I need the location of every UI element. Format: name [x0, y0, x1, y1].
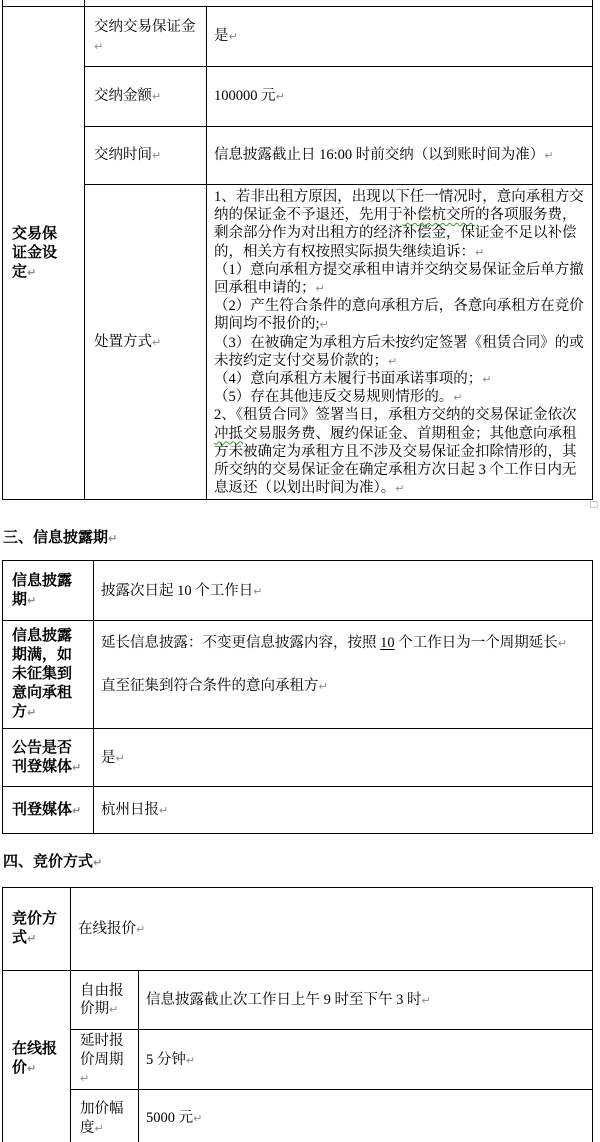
- value-cell-free-quote-period: 信息披露截止次工作日上午 9 时至下午 3 时↵¤: [139, 971, 593, 1030]
- label-cell-free-quote-period: 自由报 价期↵: [71, 971, 139, 1030]
- disclosure-period-table: 信息披露 期↵ 披露次日起 10 个工作日↵¤ 信息披露 期满，如 未征集到 意…: [2, 560, 593, 834]
- label-cell-pay-amount: 交纳金额↵: [85, 67, 207, 127]
- pilcrow-icon: ↵: [388, 355, 397, 368]
- label-text: 交纳金额: [94, 88, 152, 104]
- pilcrow-icon: ↵: [27, 594, 36, 607]
- disposal-paragraph: （3）在被确定为承租方后未按约定签署《租赁合同》的或未按约定支付交易价款的；↵: [214, 334, 585, 370]
- text-segment: 个工作日为一个周期延长: [395, 635, 558, 651]
- row-header-text: 刊登媒体: [12, 802, 72, 818]
- value-text: 5 分钟: [146, 1052, 186, 1068]
- row-header-bidding-method: 竞价方 式↵: [3, 888, 71, 971]
- section-heading-disclosure-period: 三、信息披露期↵: [3, 528, 600, 548]
- disposal-paragraph: （2）产生符合条件的意向承租方后，各意向承租方在竞价期间均不报价的;↵: [214, 297, 585, 333]
- pilcrow-icon: ↵: [27, 932, 36, 945]
- value-text: 5000 元: [146, 1110, 193, 1126]
- row-header-media-published: 公告是否 刊登媒体↵: [3, 729, 94, 787]
- label-text: 延时报 价周期: [80, 1033, 124, 1067]
- pilcrow-icon: ↵: [316, 282, 325, 295]
- row-header-text: 信息披露 期满，如 未征集到 意向承租 方: [12, 628, 72, 720]
- pilcrow-icon: ↵: [152, 149, 161, 162]
- label-cell-disposal-method: 处置方式↵: [85, 185, 207, 500]
- pilcrow-icon: ↵: [152, 336, 161, 349]
- pilcrow-icon: ↵: [136, 923, 145, 936]
- table-row: 信息披露 期满，如 未征集到 意向承租 方↵ 延长信息披露：不变更信息披露内容，…: [3, 621, 593, 729]
- section-heading-bidding-method: 四、竞价方式↵: [3, 852, 600, 872]
- pilcrow-icon: ↵: [27, 266, 36, 279]
- label-text: 交纳时间: [94, 147, 152, 163]
- value-cell-increment: 5000 元↵¤: [139, 1090, 593, 1142]
- text-segment: （5）存在其他违反交易规则情形的。: [214, 389, 453, 405]
- pilcrow-icon: ↵: [186, 1054, 195, 1067]
- disposal-paragraph: 2、《租赁合同》签署当日，承租方交纳的交易保证金依次冲抵交易服务费、履约保证金、…: [214, 406, 585, 497]
- label-cell-pay-deposit: 交纳交易保证金↵: [85, 7, 207, 67]
- value-cell-pay-time: 信息披露截止日 16:00 时前交纳（以到账时间为准）↵¤: [207, 127, 593, 185]
- value-cell-disposal-method: 1、若非出租方原因，出现以下任一情况时，意向承租方交纳的保证金不予退还，先用于补…: [207, 185, 593, 500]
- pilcrow-icon: ↵: [116, 752, 125, 765]
- pilcrow-icon: ↵: [152, 90, 161, 103]
- pilcrow-icon: ↵: [27, 706, 36, 719]
- text-segment: 直至征集到符合条件的意向承租方: [101, 678, 319, 694]
- pilcrow-icon: ↵: [276, 90, 285, 103]
- pilcrow-icon: ↵: [80, 1072, 89, 1085]
- table-row: 刊登媒体↵ 杭州日报↵¤: [3, 787, 593, 834]
- paragraph-mark-square: □: [589, 501, 598, 510]
- text-segment: 延长信息披露：不变更信息披露内容，按照: [101, 635, 380, 651]
- text-segment: 10: [380, 635, 395, 651]
- label-cell-overtime-cycle: 延时报 价周期↵: [71, 1030, 139, 1090]
- text-segment: （2）产生符合条件的意向承租方后，各意向承租方在竞价期间均不报价的;: [214, 298, 584, 332]
- text-segment: （3）在被确定为承租方后未按约定签署《租赁合同》的或未按约定支付交易价款的；: [214, 335, 584, 369]
- extension-paragraph: 延长信息披露：不变更信息披露内容，按照 10 个工作日为一个周期延长↵: [101, 634, 585, 652]
- pilcrow-icon: ↵: [482, 373, 491, 386]
- row-header-deposit-setting: 交易保 证金设 定↵: [3, 7, 85, 500]
- pilcrow-icon: ↵: [94, 40, 103, 53]
- text-segment: 补偿杭交所: [403, 207, 476, 223]
- label-text: 交纳交易保证金: [94, 19, 196, 35]
- value-text: 在线报价: [78, 921, 136, 937]
- pilcrow-icon: ↵: [93, 856, 102, 869]
- disposal-paragraph: （4）意向承租方未履行书面承诺事项的；↵: [214, 370, 585, 388]
- row-header-media-name: 刊登媒体↵: [3, 787, 94, 834]
- pilcrow-icon: ↵: [253, 585, 262, 598]
- pilcrow-icon: ↵: [27, 1062, 36, 1075]
- value-cell-disclosure-period: 披露次日起 10 个工作日↵¤: [94, 561, 593, 621]
- table-row: 在线报 价↵ 自由报 价期↵ 信息披露截止次工作日上午 9 时至下午 3 时↵¤: [3, 971, 593, 1030]
- row-header-text: 公告是否 刊登媒体: [12, 740, 72, 775]
- value-cell-bidding-method: 在线报价↵¤: [71, 888, 593, 971]
- table-row: 竞价方 式↵ 在线报价↵¤: [3, 888, 593, 971]
- row-header-disclosure-period: 信息披露 期↵: [3, 561, 94, 621]
- pilcrow-icon: ↵: [544, 149, 553, 162]
- section-title-text: 四、竞价方式: [3, 854, 93, 870]
- pilcrow-icon: ↵: [109, 1003, 118, 1016]
- text-segment: （4）意向承租方未履行书面承诺事项的；: [214, 371, 482, 387]
- pilcrow-icon: ↵: [453, 391, 462, 404]
- value-cell-overtime-cycle: 5 分钟↵¤: [139, 1030, 593, 1090]
- disposal-paragraph: 1、若非出租方原因，出现以下任一情况时，意向承租方交纳的保证金不予退还，先用于补…: [214, 188, 585, 261]
- pilcrow-icon: ↵: [229, 30, 238, 43]
- value-cell-extension: 延长信息披露：不变更信息披露内容，按照 10 个工作日为一个周期延长↵ 直至征集…: [94, 621, 593, 729]
- table-row: 处置方式↵ 1、若非出租方原因，出现以下任一情况时，意向承租方交纳的保证金不予退…: [3, 185, 593, 500]
- value-text: 是: [214, 28, 229, 44]
- text-segment: 2、《租赁合同》签署当日，承租方交纳的交易保证金依次: [214, 407, 577, 423]
- disposal-paragraph: （5）存在其他违反交易规则情形的。↵: [214, 388, 585, 406]
- text-segment: （1）意向承租方提交承租申请并交纳交易保证金后单方撤回承租申请的；: [214, 262, 584, 296]
- value-text: 披露次日起 10 个工作日: [101, 583, 253, 599]
- value-cell-media-published: 是↵¤: [94, 729, 593, 787]
- disposal-paragraph: （1）意向承租方提交承租申请并交纳交易保证金后单方撤回承租申请的；↵: [214, 261, 585, 297]
- text-segment: 冲抵: [214, 426, 243, 442]
- bidding-method-table: 竞价方 式↵ 在线报价↵¤ 在线报 价↵ 自由报 价期↵ 信息披露截止次工作日上…: [2, 887, 593, 1142]
- pilcrow-icon: ↵: [558, 637, 567, 650]
- label-cell-pay-time: 交纳时间↵: [85, 127, 207, 185]
- table-row: 加价幅 度↵ 5000 元↵¤: [3, 1090, 593, 1142]
- value-text: 信息披露截止次工作日上午 9 时至下午 3 时: [146, 992, 422, 1008]
- row-header-extension: 信息披露 期满，如 未征集到 意向承租 方↵: [3, 621, 94, 729]
- table-row: 公告是否 刊登媒体↵ 是↵¤: [3, 729, 593, 787]
- label-cell-increment: 加价幅 度↵: [71, 1090, 139, 1142]
- word-document-page: { "marks": { "pilcrow": "↵", "row_end": …: [0, 0, 600, 1142]
- value-text: 是: [101, 750, 116, 766]
- pilcrow-icon: ↵: [159, 804, 168, 817]
- section-title-text: 三、信息披露期: [3, 530, 108, 546]
- value-cell-media-name: 杭州日报↵¤: [94, 787, 593, 834]
- pilcrow-icon: ↵: [320, 318, 329, 331]
- pilcrow-icon: ↵: [475, 246, 484, 259]
- pilcrow-icon: ↵: [319, 680, 328, 693]
- table-row: 交纳时间↵ 信息披露截止日 16:00 时前交纳（以到账时间为准）↵¤: [3, 127, 593, 185]
- value-text: 杭州日报: [101, 802, 159, 818]
- deposit-settings-table: 交易保 证金设 定↵ 交纳交易保证金↵ 是↵¤ 交纳金额↵ 100000 元↵¤…: [2, 0, 593, 500]
- table-row: 交纳金额↵ 100000 元↵¤: [3, 67, 593, 127]
- row-header-online-quote: 在线报 价↵: [3, 971, 71, 1142]
- pilcrow-icon: ↵: [72, 804, 81, 817]
- value-cell-pay-deposit: 是↵¤: [207, 7, 593, 67]
- extension-paragraph: 直至征集到符合条件的意向承租方↵: [101, 677, 585, 695]
- pilcrow-icon: ↵: [95, 1122, 104, 1135]
- pilcrow-icon: ↵: [72, 761, 81, 774]
- table-row: 延时报 价周期↵ 5 分钟↵¤: [3, 1030, 593, 1090]
- value-cell-pay-amount: 100000 元↵¤: [207, 67, 593, 127]
- value-text: 100000 元: [214, 88, 276, 104]
- label-text: 处置方式: [94, 334, 152, 350]
- value-text: 信息披露截止日 16:00 时前交纳（以到账时间为准）: [214, 147, 544, 163]
- pilcrow-icon: ↵: [193, 1112, 202, 1125]
- row-header-text: 信息披露 期: [12, 573, 72, 608]
- pilcrow-icon: ↵: [422, 994, 431, 1007]
- pilcrow-icon: ↵: [108, 532, 117, 545]
- pilcrow-icon: ↵: [395, 482, 404, 495]
- table-row: 信息披露 期↵ 披露次日起 10 个工作日↵¤: [3, 561, 593, 621]
- table-row: 交易保 证金设 定↵ 交纳交易保证金↵ 是↵¤: [3, 7, 593, 67]
